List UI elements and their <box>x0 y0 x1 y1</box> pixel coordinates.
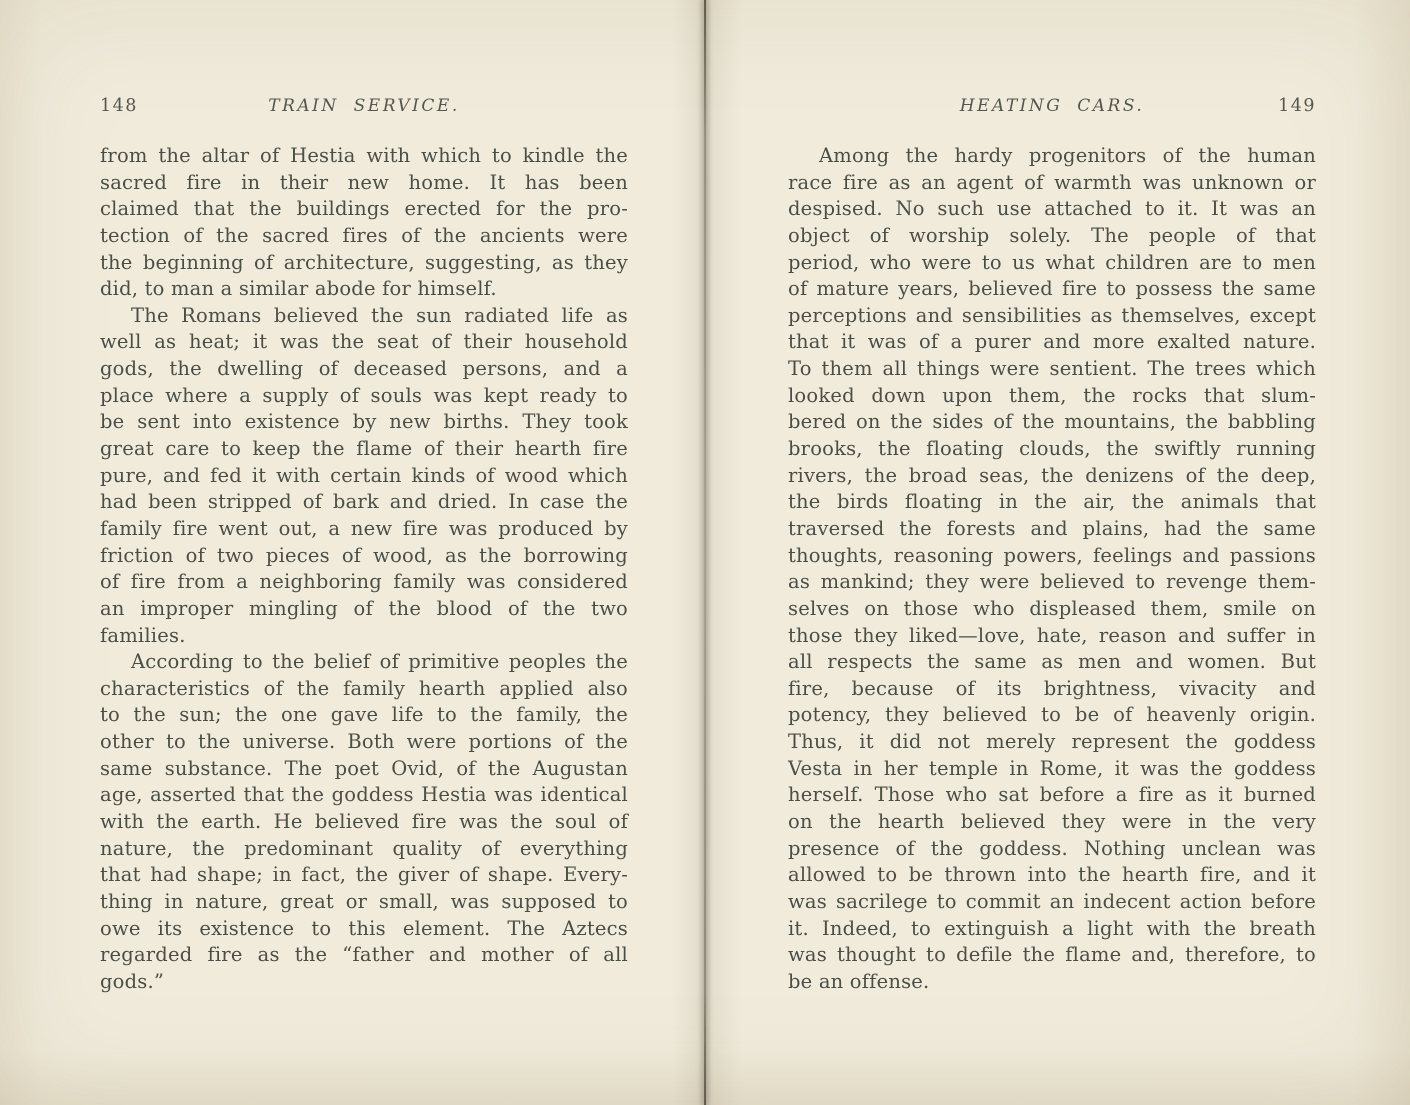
text-line: Vesta in her temple in Rome, it was the … <box>788 756 1316 783</box>
text-line: Among the hardy progenitors of the human <box>788 143 1316 170</box>
left-page: 148 TRAIN SERVICE. from the altar of Hes… <box>100 96 628 996</box>
text-line: Thus, it did not merely represent the go… <box>788 729 1316 756</box>
text-line: did, to man a similar abode for himself. <box>100 276 628 303</box>
text-line: an improper mingling of the blood of the… <box>100 596 628 623</box>
text-line: bered on the sides of the mountains, the… <box>788 409 1316 436</box>
book-spread: 148 TRAIN SERVICE. from the altar of Hes… <box>0 0 1410 1105</box>
text-line: owe its existence to this element. The A… <box>100 916 628 943</box>
text-line: allowed to be thrown into the hearth fir… <box>788 862 1316 889</box>
text-line: thing in nature, great or small, was sup… <box>100 889 628 916</box>
text-line: despised. No such use attached to it. It… <box>788 196 1316 223</box>
text-line: looked down upon them, the rocks that sl… <box>788 383 1316 410</box>
text-line: that had shape; in fact, the giver of sh… <box>100 862 628 889</box>
text-line: potency, they believed to be of heavenly… <box>788 702 1316 729</box>
text-line: The Romans believed the sun radiated lif… <box>100 303 628 330</box>
page-number: 148 <box>100 96 160 116</box>
text-line: of fire from a neighboring family was co… <box>100 569 628 596</box>
text-line: gods.” <box>100 969 628 996</box>
text-line: families. <box>100 623 628 650</box>
text-line: friction of two pieces of wood, as the b… <box>100 543 628 570</box>
text-line: characteristics of the family hearth app… <box>100 676 628 703</box>
text-line: tection of the sacred fires of the ancie… <box>100 223 628 250</box>
right-page-header: HEATING CARS. 149 <box>788 96 1316 120</box>
text-line: herself. Those who sat before a fire as … <box>788 782 1316 809</box>
text-line: fire, because of its brightness, vivacit… <box>788 676 1316 703</box>
text-line: perceptions and sensibilities as themsel… <box>788 303 1316 330</box>
text-line: family fire went out, a new fire was pro… <box>100 516 628 543</box>
text-line: as mankind; they were believed to reveng… <box>788 569 1316 596</box>
text-line: period, who were to us what children are… <box>788 250 1316 277</box>
text-line: race fire as an agent of warmth was unkn… <box>788 170 1316 197</box>
left-page-body: from the altar of Hestia with which to k… <box>100 143 628 996</box>
text-line: traversed the forests and plains, had th… <box>788 516 1316 543</box>
text-line: presence of the goddess. Nothing unclean… <box>788 836 1316 863</box>
running-head: HEATING CARS. <box>848 96 1256 116</box>
text-line: pure, and fed it with certain kinds of w… <box>100 463 628 490</box>
text-line: sacred fire in their new home. It has be… <box>100 170 628 197</box>
text-line: that it was of a purer and more exalted … <box>788 329 1316 356</box>
text-line: was thought to defile the flame and, the… <box>788 942 1316 969</box>
text-line: had been stripped of bark and dried. In … <box>100 489 628 516</box>
text-line: was sacrilege to commit an indecent acti… <box>788 889 1316 916</box>
text-line: of mature years, believed fire to posses… <box>788 276 1316 303</box>
text-line: on the hearth believed they were in the … <box>788 809 1316 836</box>
page-number: 149 <box>1256 96 1316 116</box>
book-gutter-fold-line <box>704 0 706 1105</box>
text-line: great care to keep the flame of their he… <box>100 436 628 463</box>
text-line: rivers, the broad seas, the denizens of … <box>788 463 1316 490</box>
text-line: the beginning of architecture, suggestin… <box>100 250 628 277</box>
text-line: all respects the same as men and women. … <box>788 649 1316 676</box>
text-line: To them all things were sentient. The tr… <box>788 356 1316 383</box>
text-line: age, asserted that the goddess Hestia wa… <box>100 782 628 809</box>
text-line: it. Indeed, to extinguish a light with t… <box>788 916 1316 943</box>
text-line: place where a supply of souls was kept r… <box>100 383 628 410</box>
text-line: nature, the predominant quality of every… <box>100 836 628 863</box>
left-page-header: 148 TRAIN SERVICE. <box>100 96 628 120</box>
text-line: those they liked—love, hate, reason and … <box>788 623 1316 650</box>
text-line: be sent into existence by new births. Th… <box>100 409 628 436</box>
text-line: with the earth. He believed fire was the… <box>100 809 628 836</box>
right-page: HEATING CARS. 149 Among the hardy progen… <box>788 96 1316 996</box>
text-line: claimed that the buildings erected for t… <box>100 196 628 223</box>
text-line: the birds floating in the air, the anima… <box>788 489 1316 516</box>
text-line: thoughts, reasoning powers, feelings and… <box>788 543 1316 570</box>
text-line: According to the belief of primitive peo… <box>100 649 628 676</box>
text-line: brooks, the floating clouds, the swiftly… <box>788 436 1316 463</box>
running-head: TRAIN SERVICE. <box>160 96 568 116</box>
text-line: same substance. The poet Ovid, of the Au… <box>100 756 628 783</box>
text-line: object of worship solely. The people of … <box>788 223 1316 250</box>
text-line: other to the universe. Both were portion… <box>100 729 628 756</box>
text-line: from the altar of Hestia with which to k… <box>100 143 628 170</box>
text-line: to the sun; the one gave life to the fam… <box>100 702 628 729</box>
text-line: regarded fire as the “father and mother … <box>100 942 628 969</box>
right-page-body: Among the hardy progenitors of the human… <box>788 143 1316 996</box>
text-line: selves on those who displeased them, smi… <box>788 596 1316 623</box>
text-line: well as heat; it was the seat of their h… <box>100 329 628 356</box>
text-line: gods, the dwelling of deceased persons, … <box>100 356 628 383</box>
book-gutter-shadow <box>672 0 742 1105</box>
text-line: be an offense. <box>788 969 1316 996</box>
